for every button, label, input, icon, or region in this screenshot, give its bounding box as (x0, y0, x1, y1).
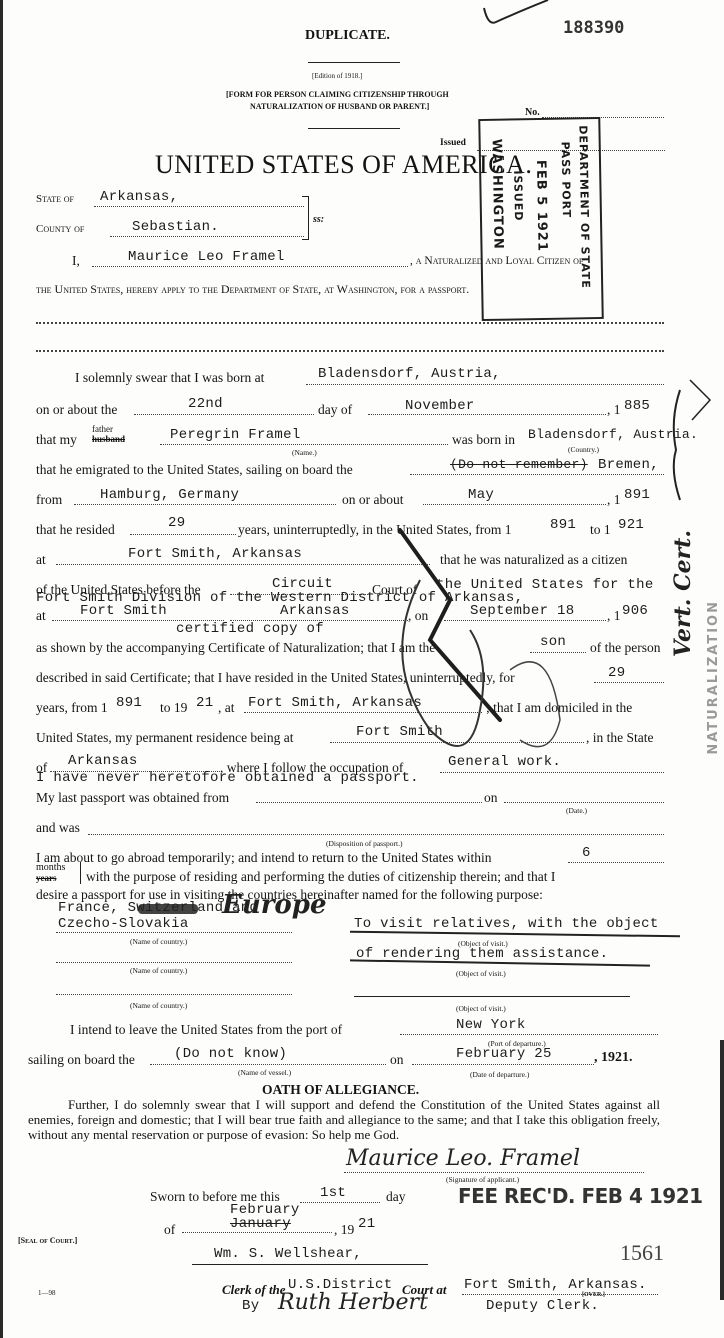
i-label: I, (72, 253, 80, 269)
disposition-field (88, 834, 664, 835)
naturalization-date: September 18 (470, 603, 574, 619)
applicant-signature: Maurice Leo. Framel (346, 1146, 580, 1171)
residence-years-value: 29 (608, 665, 625, 681)
signature-caption: (Signature of applicant.) (446, 1175, 519, 1184)
sworn-year-prefix: , 19 (334, 1222, 354, 1238)
vessel-struck: (Do not remember) (450, 457, 588, 472)
relation-father: father (92, 424, 125, 434)
years-label-struck: years (36, 873, 65, 884)
in-state-text: , in the State (586, 730, 654, 746)
duplicate-heading: DUPLICATE. (305, 28, 390, 44)
divider (308, 128, 400, 129)
within-field (568, 862, 664, 863)
obtained-on-label: on (484, 790, 498, 806)
period-bracket-line (76, 862, 81, 884)
venue-bracket (302, 196, 309, 240)
domiciled-text: ; that I am domiciled in the (486, 700, 632, 716)
at-field (56, 564, 430, 565)
country-caption: (Country.) (568, 445, 599, 454)
handwritten-countries: Europe (222, 890, 326, 920)
country-4-field (56, 994, 292, 995)
state-label: State of (36, 193, 74, 205)
edition-note: [Edition of 1918.] (312, 72, 362, 80)
issued-label: Issued (440, 138, 466, 148)
port-field (400, 1034, 658, 1035)
abroad-text: I am about to go abroad temporarily; and… (36, 850, 492, 866)
name-caption: (Name.) (292, 448, 317, 457)
object-1: To visit relatives, with the object (354, 916, 659, 932)
oath-text: Further, I do solemnly swear that I will… (28, 1097, 660, 1142)
years-text: years, uninterruptedly, in the United St… (238, 522, 512, 538)
vessel-value: Bremen, (598, 457, 659, 473)
scan-edge-right (720, 1040, 724, 1300)
born-in-label: was born in (452, 432, 515, 448)
purpose-text: with the purpose of residing and perform… (86, 869, 555, 885)
by-label: By (242, 1298, 259, 1314)
obtained-field (256, 802, 482, 803)
naturalized-text: that he was naturalized as a citizen (440, 552, 627, 568)
shown-by-text: as shown by the accompanying Certificate… (36, 640, 435, 656)
of-person-text: of the person (590, 640, 660, 656)
residence-at-value: Fort Smith, Arkansas (248, 695, 422, 711)
emigration-year-prefix: , 1 (607, 492, 621, 508)
departure-on-label: on (390, 1052, 404, 1068)
resided-to-year: 921 (618, 517, 644, 533)
emigration-year-value: 891 (624, 487, 650, 503)
obtained-date-field (504, 802, 664, 803)
state-field (94, 206, 304, 207)
deputy-signature: Ruth Herbert (278, 1290, 428, 1315)
months-label: months (36, 862, 65, 873)
ss-label: ss: (313, 214, 324, 225)
country-2-field (56, 932, 292, 933)
main-title: UNITED STATES OF AMERICA. (155, 150, 532, 180)
naturalization-year: 906 (622, 603, 648, 619)
residence-state-value: Arkansas (68, 753, 138, 769)
to-label: to 1 (590, 522, 611, 538)
passport-issued-stamp: DEPARTMENT OF STATE PASS PORT FEB 5 1921… (478, 117, 604, 321)
father-name-field (160, 444, 448, 445)
deputy-clerk-label: Deputy Clerk. (486, 1298, 599, 1314)
sworn-day-field (300, 1202, 380, 1203)
redaction-scribble (138, 904, 198, 914)
relation-husband-struck: husband (92, 434, 125, 444)
sailing-board-label: sailing on board the (28, 1052, 135, 1068)
described-text: described in said Certificate; that I ha… (36, 670, 515, 686)
checkmark-icon (478, 0, 558, 32)
residence-to-year: 21 (196, 695, 213, 711)
vessel-field (410, 474, 664, 475)
stamp-washington-text: WASHINGTON (489, 139, 506, 250)
stamp-date-text: FEB 5 1921 (533, 160, 550, 252)
occupation-value: General work. (448, 754, 561, 770)
oath-title: OATH OF ALLEGIANCE. (262, 1082, 419, 1098)
sworn-year-value: 21 (358, 1216, 375, 1232)
resided-years-field (130, 534, 236, 535)
country-2: Czecho-Slovakia (58, 916, 189, 932)
emigration-month-field (423, 504, 606, 505)
form-title-line2: NATURALIZATION OF HUSBAND OR PARENT.] (250, 102, 429, 111)
from-field (74, 504, 336, 505)
from-label: from (36, 492, 62, 508)
sworn-month-struck: January (230, 1216, 291, 1232)
resided-label: that he resided (36, 522, 115, 538)
emigration-on-or-about-label: on or about (342, 492, 404, 508)
country-caption-2: (Name of country.) (130, 966, 187, 975)
serial-number: 188390 (563, 18, 624, 38)
passport-application-document: DUPLICATE. 188390 [Edition of 1918.] [FO… (0, 0, 724, 1338)
day-of-label: day of (318, 402, 352, 418)
disposition-caption: (Disposition of passport.) (326, 839, 402, 848)
number-label: No. (525, 107, 540, 118)
applicant-name-field (92, 266, 408, 267)
sworn-day-label: day (386, 1189, 406, 1205)
applicant-name: Maurice Leo Framel (128, 249, 285, 265)
county-field (110, 236, 304, 237)
clerk-name: Wm. S. Wellshear, (214, 1246, 362, 1262)
country-caption-3: (Name of country.) (130, 1001, 187, 1010)
on-label: , on (408, 608, 428, 624)
father-birthplace: Bladensdorf, Austria. (528, 427, 698, 442)
divider (308, 62, 400, 63)
period-bracket: months years (36, 862, 65, 884)
that-my-label: that my (36, 432, 77, 448)
clerk-of-label: Clerk of the (222, 1282, 286, 1298)
residence-years-field (594, 682, 664, 683)
country-3-field (56, 962, 292, 963)
scan-edge-left (0, 0, 3, 1338)
batch-number: 1561 (620, 1240, 664, 1266)
county-label: County of (36, 223, 84, 235)
residence-at-label: , at (218, 700, 235, 716)
sworn-day-value: 1st (320, 1185, 346, 1201)
object-3-field (354, 996, 630, 997)
permanent-field (330, 742, 584, 743)
from-value: Hamburg, Germany (100, 487, 239, 503)
birth-year-value: 885 (624, 398, 650, 414)
relation-value: son (540, 634, 566, 650)
relation-field (530, 652, 586, 653)
at-label: at (36, 552, 46, 568)
within-value: 6 (582, 845, 591, 861)
occupation-field (440, 772, 664, 773)
stamp-issued-text: ISSUED (511, 170, 525, 221)
birth-day-value: 22nd (188, 396, 223, 412)
form-code: 1—98 (38, 1289, 56, 1297)
and-was-label: and was (36, 820, 80, 836)
departure-date-caption: (Date of departure.) (470, 1070, 529, 1079)
port-value: New York (456, 1017, 526, 1033)
naturalization-margin-stamp: NATURALIZATION (706, 600, 721, 755)
residence-at-field (244, 712, 482, 713)
sailing-label: that he emigrated to the United States, … (36, 462, 353, 478)
years-from-label: years, from 1 (36, 700, 108, 716)
birth-year-prefix: , 1 (607, 402, 621, 418)
date-caption: (Date.) (566, 806, 587, 815)
born-at-label: I solemnly swear that I was born at (75, 370, 264, 386)
state-value: Arkansas, (100, 189, 178, 205)
birth-month-field (368, 414, 606, 415)
court-location-field (462, 1294, 658, 1295)
departure-date-value: February 25 (456, 1046, 552, 1062)
departure-vessel-field (150, 1064, 386, 1065)
departure-vessel-value: (Do not know) (174, 1046, 287, 1062)
county-value: Sebastian. (132, 219, 219, 235)
residence-from-year: 891 (116, 695, 142, 711)
emigration-month-value: May (468, 487, 494, 503)
stamp-passport-text: PASS PORT (559, 141, 573, 218)
blank-line (36, 350, 664, 352)
over-label: [OVER.] (582, 1292, 605, 1298)
naturalization-date-field (444, 620, 606, 621)
birth-day-field (134, 414, 314, 415)
clerk-court-location: Fort Smith, Arkansas. (464, 1277, 647, 1293)
margin-handwritten-note: Vert. Cert. (670, 530, 696, 657)
certified-insert: certified copy of (176, 621, 324, 637)
residence-to-label: to 19 (160, 700, 187, 716)
blank-line (36, 322, 664, 324)
resided-years: 29 (168, 515, 185, 531)
port-label: I intend to leave the United States from… (70, 1022, 342, 1038)
departure-date-field (412, 1064, 594, 1065)
seal-of-court-label: [Seal of Court.] (18, 1236, 77, 1245)
apply-text: the United States, hereby apply to the D… (36, 282, 469, 297)
departure-year: , 1921. (594, 1050, 633, 1066)
signature-field (344, 1172, 644, 1173)
relation-bracket: father husband (92, 424, 125, 444)
naturalization-city: Fort Smith (80, 603, 167, 619)
sworn-month-field (182, 1232, 332, 1233)
never-obtained-note: I have never heretofore obtained a passp… (36, 770, 419, 786)
vessel-caption: (Name of vessel.) (238, 1068, 291, 1077)
naturalization-state: Arkansas (280, 603, 350, 619)
birth-month-value: November (405, 398, 475, 414)
form-title-line1: [FORM FOR PERSON CLAIMING CITIZENSHIP TH… (226, 90, 449, 99)
object-caption-3: (Object of visit.) (456, 1004, 506, 1013)
permanent-value: Fort Smith (356, 724, 443, 740)
citizen-text: , a Naturalized and Loyal Citizen of (410, 255, 583, 267)
country-caption-1: (Name of country.) (130, 937, 187, 946)
on-or-about-label: on or about the (36, 402, 117, 418)
naturalization-year-prefix: , 1 (607, 608, 621, 624)
fee-received-stamp: FEE REC'D. FEB 4 1921 (458, 1184, 703, 1208)
at-value: Fort Smith, Arkansas (128, 546, 302, 562)
object-caption-2: (Object of visit.) (456, 969, 506, 978)
born-at-value: Bladensdorf, Austria, (318, 366, 501, 382)
permanent-text: United States, my permanent residence be… (36, 730, 294, 746)
obtained-label: My last passport was obtained from (36, 790, 229, 806)
father-name: Peregrin Framel (170, 427, 301, 443)
born-at-field (306, 384, 664, 385)
at2-label: at (36, 608, 46, 624)
sworn-of-label: of (164, 1222, 175, 1238)
clerk-name-field (192, 1264, 428, 1265)
resided-from-year: 891 (550, 517, 576, 533)
